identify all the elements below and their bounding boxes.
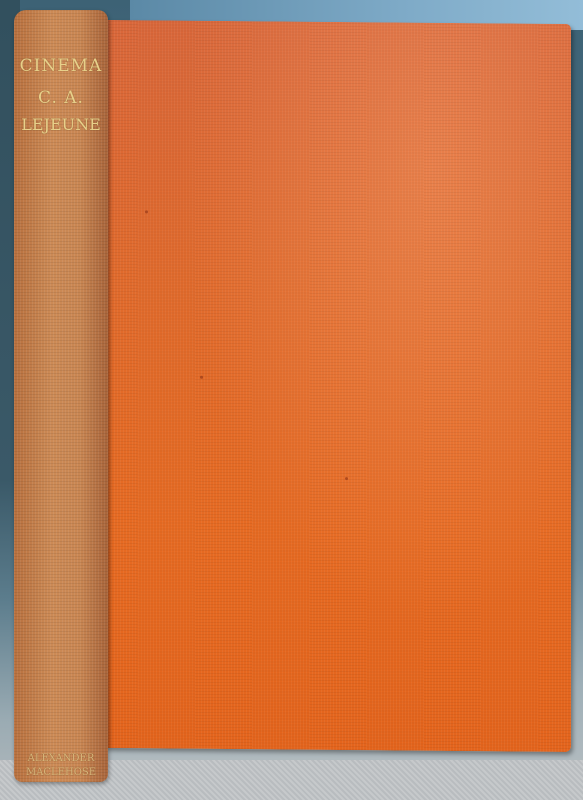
book-front-cover <box>105 20 571 752</box>
spine-author-initials: C. A. <box>14 88 108 108</box>
book-spine: CINEMA C. A. LEJEUNE ALEXANDER MACLEHOSE <box>14 10 108 782</box>
spine-publisher-line1: ALEXANDER <box>14 753 108 764</box>
cover-stain <box>200 376 203 379</box>
cover-stain <box>345 477 348 480</box>
spine-publisher-line2: MACLEHOSE <box>14 767 108 778</box>
cover-stain <box>145 210 148 213</box>
spine-title: CINEMA <box>14 56 108 76</box>
spine-author-surname: LEJEUNE <box>14 115 108 134</box>
